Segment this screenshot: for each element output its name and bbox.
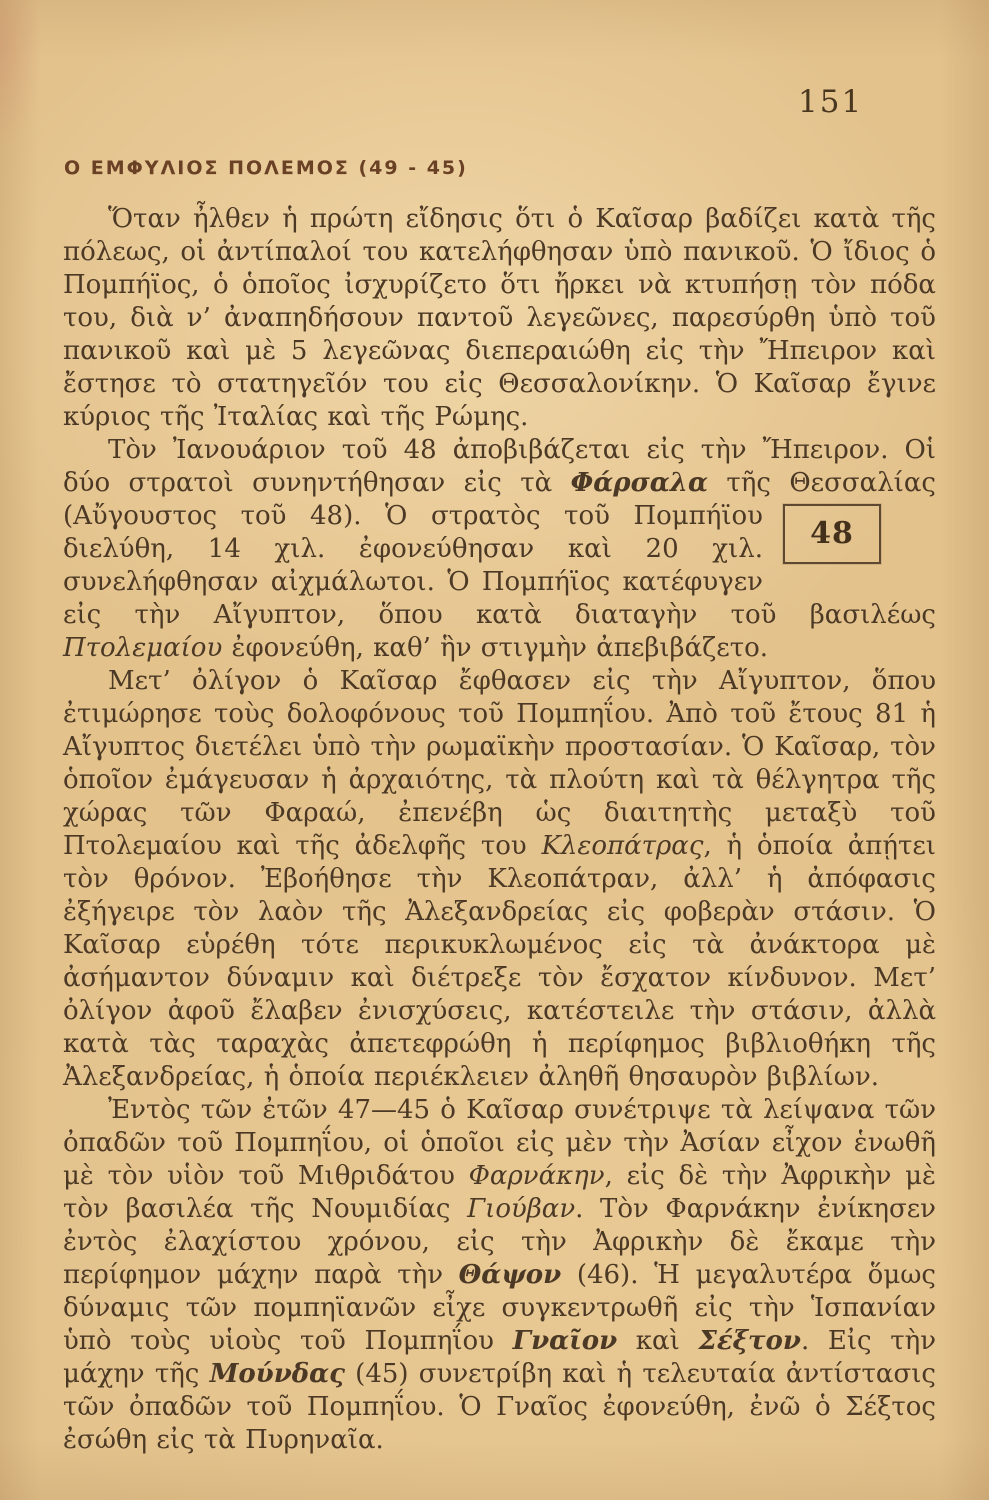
emphasized-text: Γιούβαν xyxy=(467,1194,575,1224)
emphasized-text: Μούνδας xyxy=(210,1359,345,1389)
body-text: ἐφονεύθη, καθ’ ἣν στιγμὴν ἀπεβιβάζετο. xyxy=(222,633,768,663)
body-text: καὶ xyxy=(617,1326,698,1356)
body-text-block: Ὅταν ἦλθεν ἡ πρώτη εἴδησις ὅτι ὁ Καῖσαρ … xyxy=(63,203,936,1457)
emphasized-text: Φάρσαλα xyxy=(571,468,708,498)
emphasized-text: Θάψον xyxy=(459,1260,562,1290)
emphasized-text: Πτολεμαίου xyxy=(63,633,222,663)
body-text: Ὅταν ἦλθεν ἡ πρώτη εἴδησις ὅτι ὁ Καῖσαρ … xyxy=(63,204,936,432)
body-text: , ἡ ὁποία ἀπῄτει τὸν θρόνον. Ἐβοήθησε τὴ… xyxy=(63,831,936,1092)
running-header: Ο ΕΜΦΥΛΙΟΣ ΠΟΛΕΜΟΣ (49 - 45) xyxy=(64,157,468,179)
paragraph: Μετ’ ὀλίγον ὁ Καῖσαρ ἔφθασεν εἰς τὴν Αἴγ… xyxy=(63,665,936,1094)
paragraph: Ὅταν ἦλθεν ἡ πρώτη εἴδησις ὅτι ὁ Καῖσαρ … xyxy=(63,203,936,434)
emphasized-text: Φαρνάκην xyxy=(469,1161,605,1191)
emphasized-text: Γναῖον xyxy=(513,1326,617,1356)
paragraph: Ἐντὸς τῶν ἐτῶν 47—45 ὁ Καῖσαρ συνέτριψε … xyxy=(63,1094,936,1457)
paragraph: Τὸν Ἰανουάριον τοῦ 48 ἀποβιβάζεται εἰς τ… xyxy=(63,434,936,665)
emphasized-text: Σέξτον xyxy=(698,1326,800,1356)
emphasized-text: Κλεοπάτρας xyxy=(541,831,703,861)
book-page: 151 Ο ΕΜΦΥΛΙΟΣ ΠΟΛΕΜΟΣ (49 - 45) Ὅταν ἦλ… xyxy=(0,0,989,1500)
margin-year-box: 48 xyxy=(783,504,881,564)
page-number: 151 xyxy=(798,84,863,120)
